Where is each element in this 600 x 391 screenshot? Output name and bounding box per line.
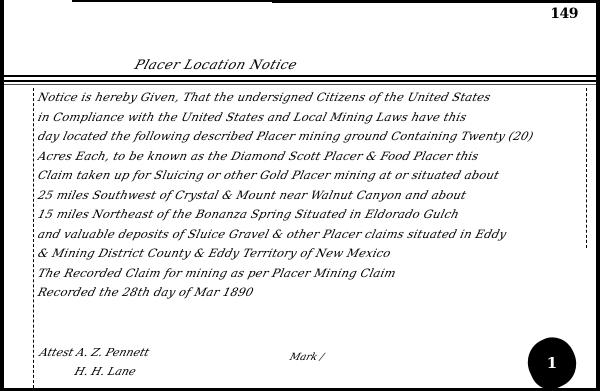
body-line: 25 miles Southwest of Crystal & Mount ne…: [36, 186, 589, 206]
body-line: & Mining District County & Eddy Territor…: [36, 244, 589, 264]
notice-body: Notice is hereby Given, That the undersi…: [38, 88, 586, 303]
body-line: Acres Each, to be known as the Diamond S…: [36, 147, 589, 167]
stamp-number: 1: [528, 338, 576, 388]
page-number: 149: [550, 6, 578, 22]
ledger-rule-top: [4, 75, 596, 77]
document-heading: Placer Location Notice: [133, 58, 300, 73]
body-line: The Recorded Claim for mining as per Pla…: [36, 264, 589, 284]
body-line: Claim taken up for Sluicing or other Gol…: [36, 166, 589, 186]
body-line: and valuable deposits of Sluice Gravel &…: [36, 225, 589, 245]
scan-border-left: [0, 0, 4, 391]
body-line: day located the following described Plac…: [36, 127, 589, 147]
scan-border-top-right: [272, 0, 600, 3]
witness-signature: H. H. Lane: [73, 365, 137, 378]
attest-signature: Attest A. Z. Pennett: [38, 346, 151, 359]
signature-mark: Mark /: [288, 352, 325, 363]
body-line: in Compliance with the United States and…: [36, 108, 589, 128]
body-line: Notice is hereby Given, That the undersi…: [36, 88, 589, 108]
ledger-rule-bottom: [4, 84, 596, 85]
body-line: 15 miles Northeast of the Bonanza Spring…: [36, 205, 589, 225]
left-margin-line: [33, 88, 35, 388]
page-stamp-blot: 1: [520, 330, 585, 391]
scan-border-right: [596, 0, 600, 391]
ledger-rule-middle: [4, 80, 596, 82]
body-line: Recorded the 28th day of Mar 1890: [36, 283, 589, 303]
